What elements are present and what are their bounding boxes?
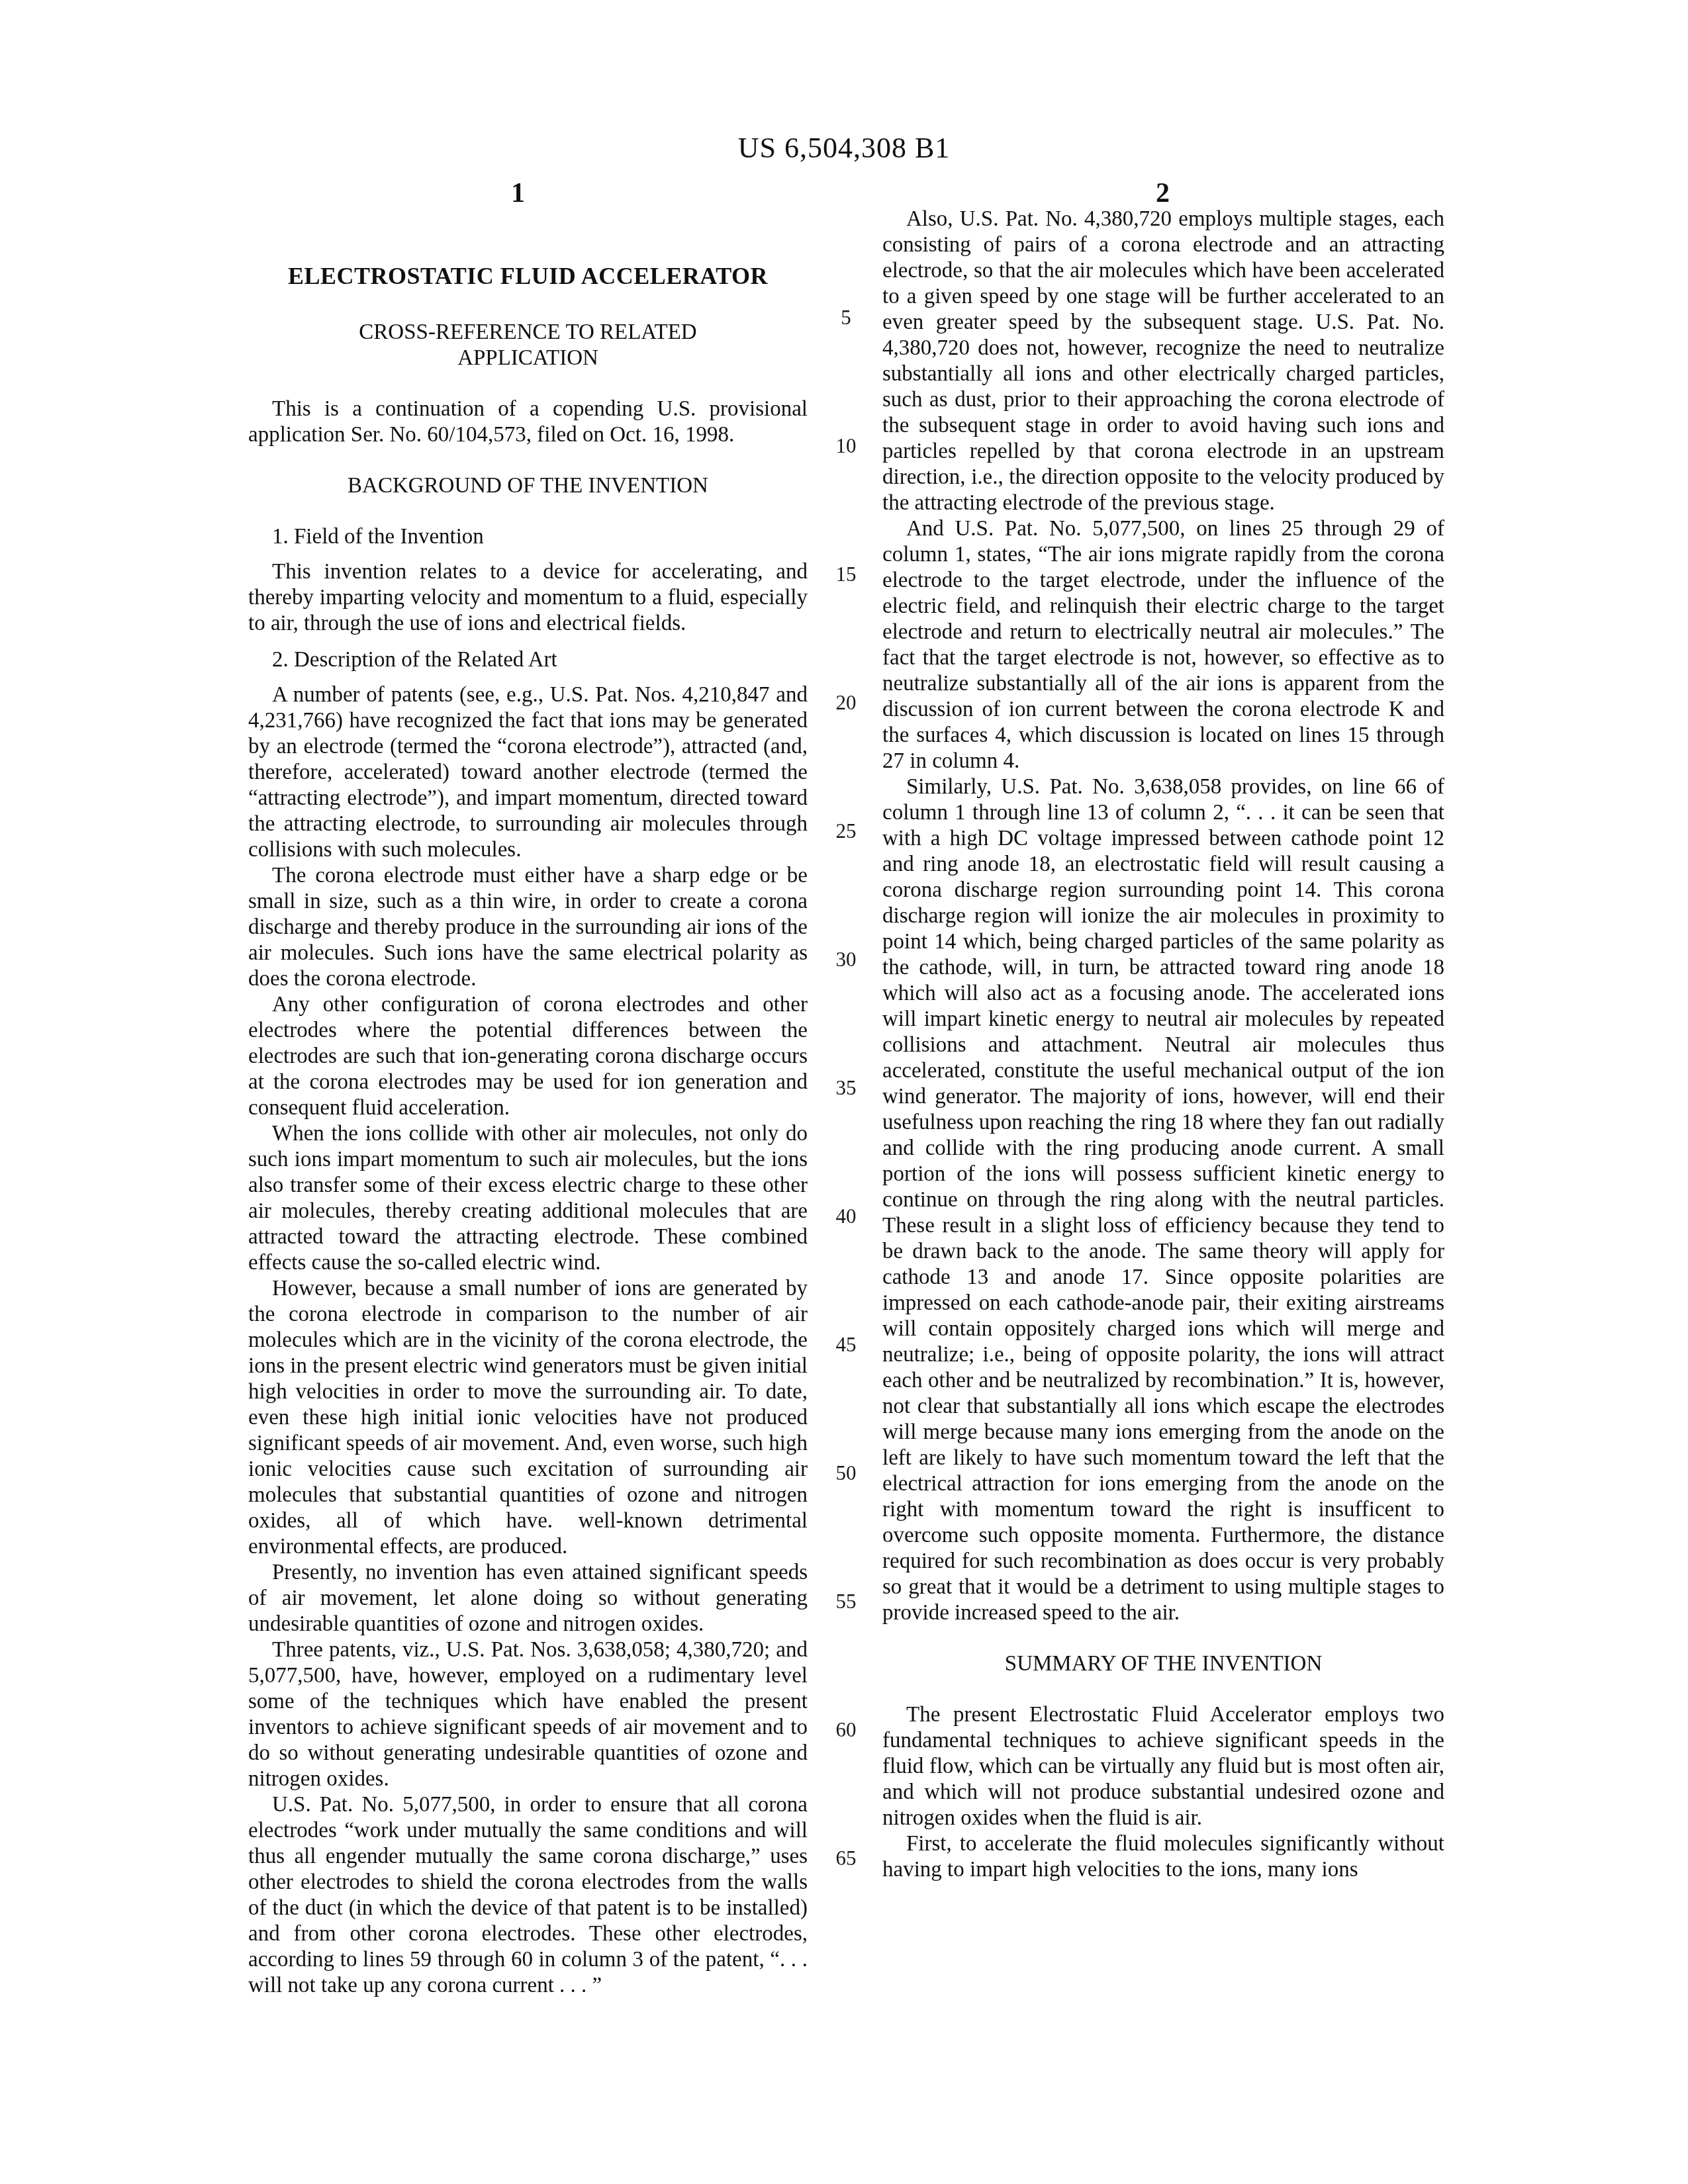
- column-number-left: 1: [511, 177, 525, 209]
- patent-number-header: US 6,504,308 B1: [0, 131, 1688, 165]
- invention-title: ELECTROSTATIC FLUID ACCELERATOR: [248, 263, 808, 289]
- paragraph: When the ions collide with other air mol…: [248, 1121, 808, 1276]
- paragraph: And U.S. Pat. No. 5,077,500, on lines 25…: [882, 516, 1444, 774]
- line-number: 10: [819, 434, 873, 458]
- section-heading-summary: SUMMARY OF THE INVENTION: [952, 1651, 1376, 1677]
- subsection-heading-field-of-invention: 1. Field of the Invention: [248, 524, 808, 550]
- line-number: 65: [819, 1846, 873, 1870]
- paragraph: Three patents, viz., U.S. Pat. Nos. 3,63…: [248, 1637, 808, 1792]
- line-number: 55: [819, 1590, 873, 1614]
- line-number: 45: [819, 1333, 873, 1357]
- section-heading-background: BACKGROUND OF THE INVENTION: [316, 473, 740, 499]
- paragraph: U.S. Pat. No. 5,077,500, in order to ens…: [248, 1792, 808, 1999]
- left-column: ELECTROSTATIC FLUID ACCELERATOR CROSS-RE…: [248, 263, 808, 1999]
- paragraph: The present Electrostatic Fluid Accelera…: [882, 1702, 1444, 1831]
- patent-document-page: US 6,504,308 B1 1 2 5 10 15 20 25 30 35 …: [0, 0, 1688, 2184]
- line-number: 20: [819, 691, 873, 715]
- line-number: 15: [819, 563, 873, 586]
- paragraph: Also, U.S. Pat. No. 4,380,720 employs mu…: [882, 206, 1444, 516]
- paragraph: Presently, no invention has even attaine…: [248, 1560, 808, 1637]
- line-number: 40: [819, 1205, 873, 1228]
- right-column: Also, U.S. Pat. No. 4,380,720 employs mu…: [882, 206, 1444, 1883]
- line-number: 50: [819, 1461, 873, 1485]
- line-number: 5: [819, 306, 873, 330]
- paragraph: A number of patents (see, e.g., U.S. Pat…: [248, 682, 808, 863]
- paragraph: Similarly, U.S. Pat. No. 3,638,058 provi…: [882, 774, 1444, 1626]
- subsection-heading-related-art: 2. Description of the Related Art: [248, 647, 808, 673]
- column-number-right: 2: [1156, 177, 1170, 209]
- paragraph: Any other configuration of corona electr…: [248, 992, 808, 1121]
- paragraph: This invention relates to a device for a…: [248, 559, 808, 637]
- line-number: 60: [819, 1718, 873, 1742]
- line-number: 25: [819, 819, 873, 843]
- paragraph: First, to accelerate the fluid molecules…: [882, 1831, 1444, 1883]
- line-number: 35: [819, 1076, 873, 1100]
- paragraph: This is a continuation of a copending U.…: [248, 396, 808, 448]
- line-number: 30: [819, 948, 873, 972]
- paragraph: However, because a small number of ions …: [248, 1276, 808, 1560]
- paragraph: The corona electrode must either have a …: [248, 863, 808, 992]
- section-heading-cross-reference: CROSS-REFERENCE TO RELATED APPLICATION: [316, 320, 740, 371]
